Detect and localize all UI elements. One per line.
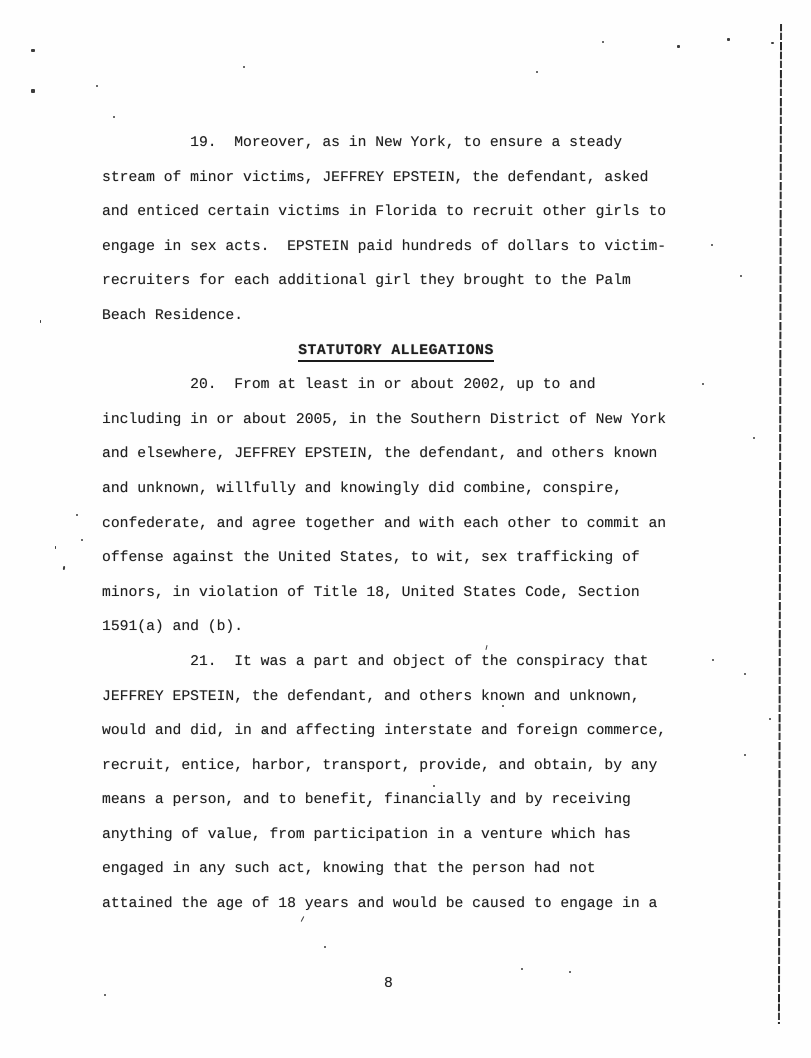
scan-speck — [744, 754, 746, 756]
scan-speck — [521, 968, 523, 970]
scan-speck — [40, 320, 41, 323]
scan-speck — [31, 49, 35, 52]
scan-speck — [433, 785, 435, 787]
document-line: and enticed certain victims in Florida t… — [102, 195, 690, 230]
scan-speck — [264, 730, 266, 732]
document-line: offense against the United States, to wi… — [102, 541, 690, 576]
document-text-block: 19. Moreover, as in New York, to ensure … — [102, 126, 690, 922]
document-line: and elsewhere, JEFFREY EPSTEIN, the defe… — [102, 437, 690, 472]
document-line: Beach Residence. — [102, 299, 690, 334]
scan-speck — [324, 946, 326, 948]
document-line: 20. From at least in or about 2002, up t… — [102, 368, 690, 403]
scan-speck — [367, 805, 369, 807]
page-number: 8 — [384, 976, 393, 992]
document-line: confederate, and agree together and with… — [102, 507, 690, 542]
scan-speck — [602, 41, 604, 43]
scan-speck — [31, 89, 35, 93]
scan-speck — [81, 539, 83, 541]
document-line: 21. It was a part and object of the cons… — [102, 645, 690, 680]
document-line: means a person, and to benefit, financia… — [102, 783, 690, 818]
scan-speck — [712, 659, 714, 661]
scan-speck — [744, 673, 746, 675]
scanned-document-page: 19. Moreover, as in New York, to ensure … — [0, 0, 811, 1058]
document-line: recruiters for each additional girl they… — [102, 264, 690, 299]
document-line: including in or about 2005, in the South… — [102, 403, 690, 438]
document-line: 19. Moreover, as in New York, to ensure … — [102, 126, 690, 161]
scan-speck — [243, 66, 245, 68]
scan-speck — [769, 718, 771, 720]
document-line: and unknown, willfully and knowingly did… — [102, 472, 690, 507]
document-line: JEFFREY EPSTEIN, the defendant, and othe… — [102, 680, 690, 715]
scan-speck — [727, 38, 730, 41]
document-line: minors, in violation of Title 18, United… — [102, 576, 690, 611]
scan-speck — [702, 383, 704, 385]
scan-speck — [104, 994, 106, 996]
scan-line-artifact — [778, 24, 782, 1024]
scan-speck — [740, 275, 742, 277]
document-line: recruit, entice, harbor, transport, prov… — [102, 749, 690, 784]
document-line: engage in sex acts. EPSTEIN paid hundred… — [102, 230, 690, 265]
document-line: engaged in any such act, knowing that th… — [102, 852, 690, 887]
section-heading: STATUTORY ALLEGATIONS — [298, 343, 494, 362]
scan-speck — [96, 85, 98, 87]
scan-speck — [76, 514, 78, 516]
scan-speck — [711, 244, 713, 246]
scan-speck — [502, 705, 504, 707]
document-line: would and did, in and affecting intersta… — [102, 714, 690, 749]
scan-speck — [771, 42, 774, 44]
section-heading-line: STATUTORY ALLEGATIONS — [102, 334, 690, 369]
scan-speck — [753, 437, 755, 439]
scan-speck — [536, 71, 538, 73]
scan-speck — [55, 546, 56, 549]
document-line: anything of value, from participation in… — [102, 818, 690, 853]
scan-speck — [677, 45, 680, 48]
document-line: stream of minor victims, JEFFREY EPSTEIN… — [102, 161, 690, 196]
scan-speck — [63, 566, 66, 570]
scan-speck — [569, 971, 571, 973]
document-line: attained the age of 18 years and would b… — [102, 887, 690, 922]
document-line: 1591(a) and (b). — [102, 610, 690, 645]
scan-speck — [113, 116, 115, 118]
